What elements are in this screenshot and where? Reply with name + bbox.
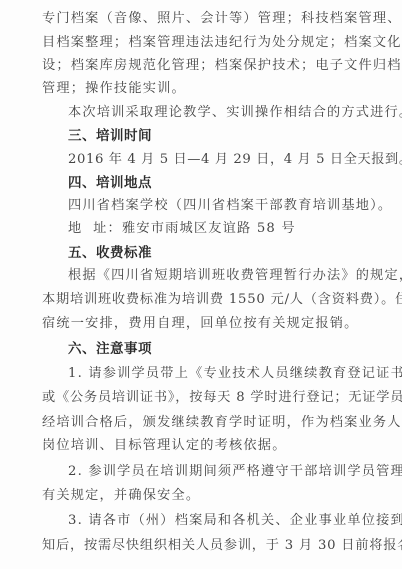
body-text-line: 岗位培训、目标管理认定的考核依据。 (42, 438, 358, 454)
section-heading-notes: 六、注意事项 (68, 341, 358, 357)
body-text-line: 有关规定，并确保安全。 (42, 488, 358, 504)
body-text-line: 目档案整理；档案管理违法违纪行为处分规定；档案文化建 (42, 35, 358, 51)
section-heading-fee-standard: 五、收费标准 (68, 245, 358, 261)
body-text-line: 或《公务员培训证书》，按每天 8 学时进行登记；无证学员 (42, 390, 358, 406)
body-text-line: 管理；操作技能实训。 (42, 81, 358, 97)
body-text-line: 宿统一安排，费用自理，回单位按有关规定报销。 (42, 316, 358, 332)
body-text-line: 知后，按需尽快组织相关人员参训，于 3 月 30 日前将报名 (42, 538, 358, 554)
body-text-line: 1. 请参训学员带上《专业技术人员继续教育登记证书》 (68, 366, 358, 382)
training-venue: 四川省档案学校（四川省档案干部教育培训基地）。 (68, 198, 358, 214)
training-dates: 2016 年 4 月 5 日—4 月 29 日，4 月 5 日全天报到。 (68, 152, 358, 168)
body-text-line: 经培训合格后，颁发继续教育学时证明，作为档案业务人员 (42, 415, 358, 431)
body-text-line: 本期培训班收费标准为培训费 1550 元/人（含资料费）。住 (42, 292, 358, 308)
body-text-line: 根据《四川省短期培训班收费管理暂行办法》的规定， (68, 268, 358, 284)
section-heading-training-time: 三、培训时间 (68, 128, 358, 144)
section-heading-training-location: 四、培训地点 (68, 175, 358, 191)
document-page: 专门档案（音像、照片、会计等）管理；科技档案管理、项 目档案整理；档案管理违法违… (0, 0, 402, 569)
body-text-line: 设；档案库房规范化管理；档案保护技术；电子文件归档与 (42, 58, 358, 74)
training-address: 地 址：雅安市雨城区友谊路 58 号 (68, 221, 358, 237)
body-text-line: 2. 参训学员在培训期间须严格遵守干部培训学员管理 (68, 464, 358, 480)
body-text-line: 本次培训采取理论教学、实训操作相结合的方式进行。 (68, 105, 358, 121)
body-text-line: 专门档案（音像、照片、会计等）管理；科技档案管理、项 (42, 11, 358, 27)
body-text-line: 3. 请各市（州）档案局和各机关、企业事业单位接到通 (68, 513, 358, 529)
